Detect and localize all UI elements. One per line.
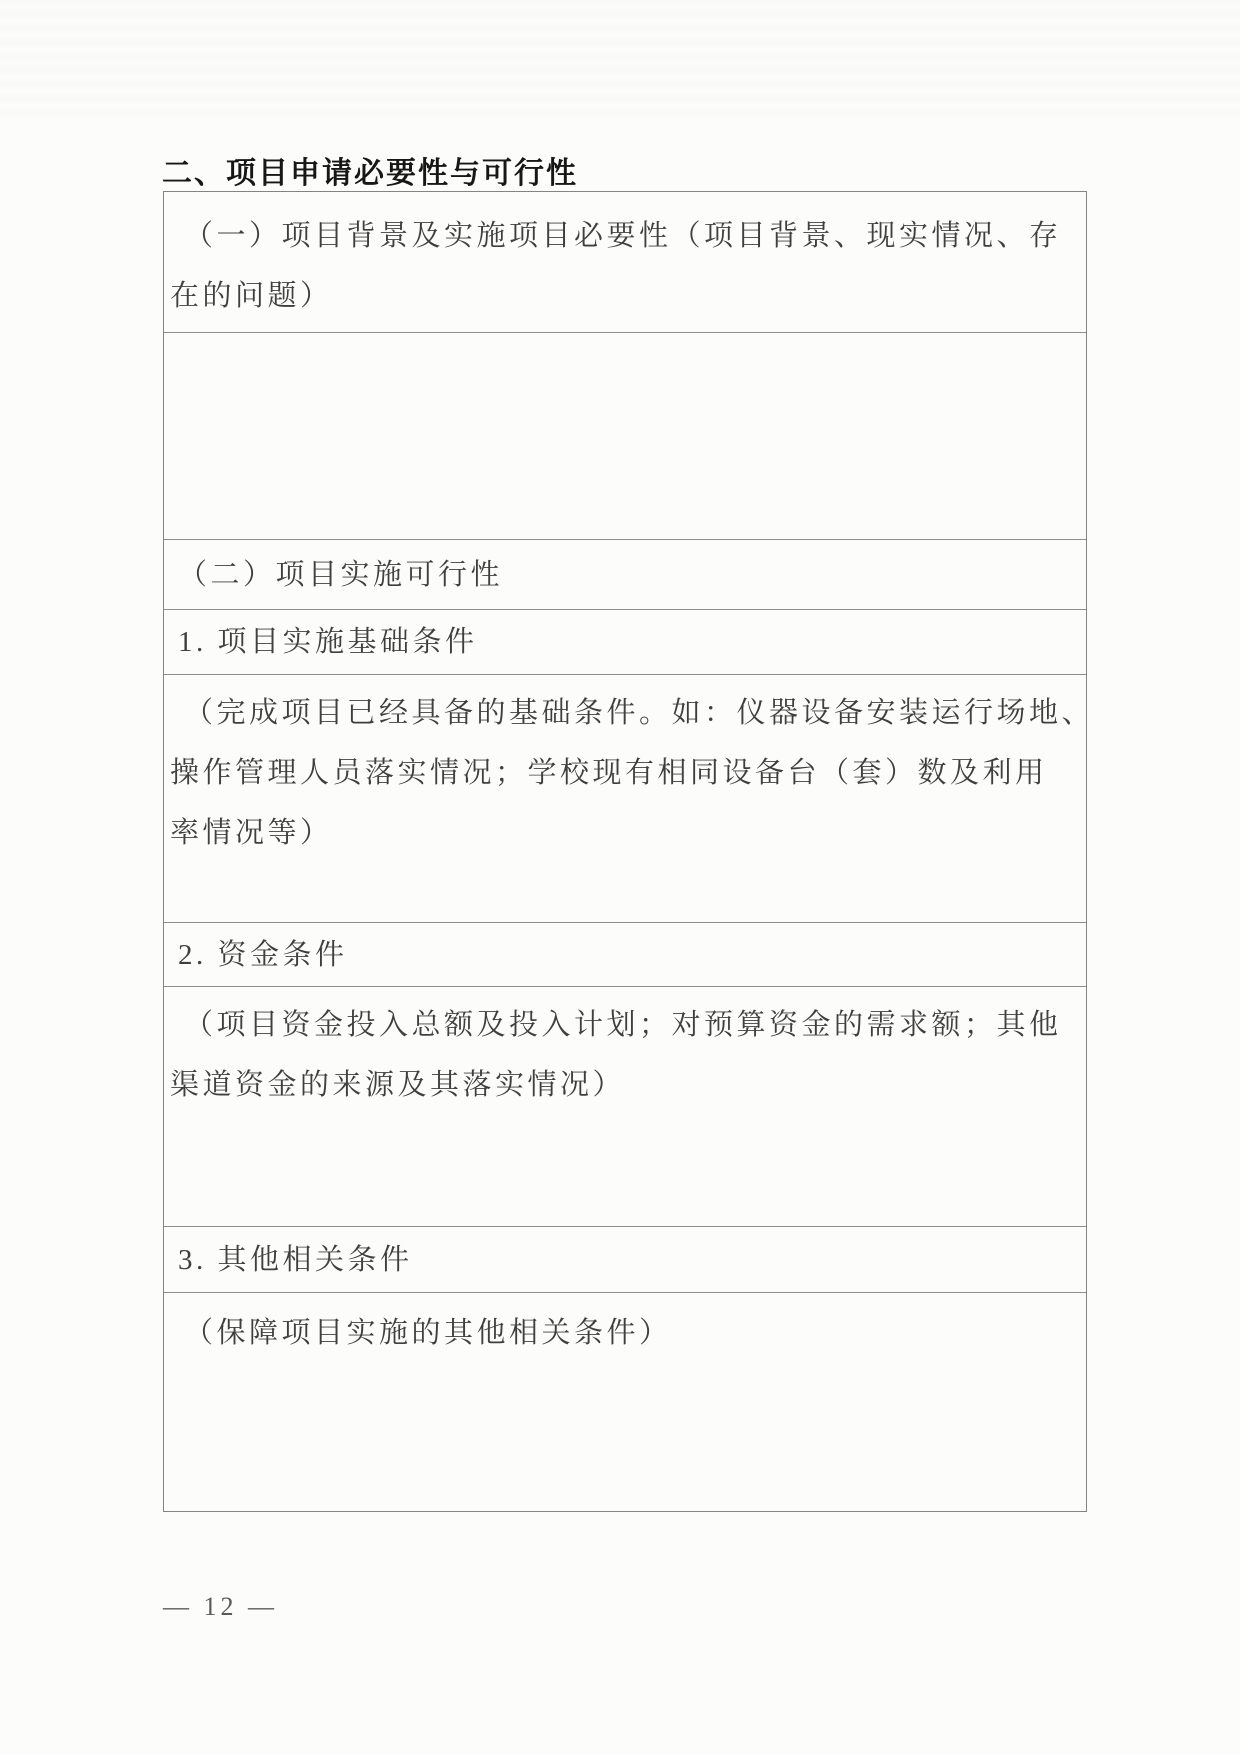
paragraph-line: （一）项目背景及实施项目必要性（项目背景、现实情况、存 xyxy=(164,206,1086,266)
item-label: 3. 其他相关条件 xyxy=(178,1244,413,1276)
table-row-feasibility-section: （二）项目实施可行性 xyxy=(164,540,1086,610)
table-row-other-conditions-hint: （保障项目实施的其他相关条件） xyxy=(164,1293,1086,1511)
document-page: 二、项目申请必要性与可行性 （一）项目背景及实施项目必要性（项目背景、现实情况、… xyxy=(0,0,1240,1755)
table-row-background-necessity: （一）项目背景及实施项目必要性（项目背景、现实情况、存 在的问题） xyxy=(164,192,1086,333)
scan-noise-artifact xyxy=(0,0,1240,120)
table-row-empty-answer-area xyxy=(164,333,1086,540)
paragraph-line: （保障项目实施的其他相关条件） xyxy=(164,1303,1086,1363)
table-row-basic-conditions-hint: （完成项目已经具备的基础条件。如：仪器设备安装运行场地、 操作管理人员落实情况；… xyxy=(164,675,1086,923)
section-label: （二）项目实施可行性 xyxy=(178,559,503,591)
page-number: — 12 — xyxy=(163,1592,278,1622)
table-row-funding-conditions-label: 2. 资金条件 xyxy=(164,923,1086,987)
paragraph-line: （项目资金投入总额及投入计划；对预算资金的需求额；其他 xyxy=(164,995,1086,1055)
paragraph-line: 渠道资金的来源及其落实情况） xyxy=(164,1055,1086,1115)
item-label: 1. 项目实施基础条件 xyxy=(178,626,478,658)
table-row-basic-conditions-label: 1. 项目实施基础条件 xyxy=(164,610,1086,675)
paragraph-line: 率情况等） xyxy=(164,803,1086,863)
item-label: 2. 资金条件 xyxy=(178,939,348,971)
table-row-funding-conditions-hint: （项目资金投入总额及投入计划；对预算资金的需求额；其他 渠道资金的来源及其落实情… xyxy=(164,987,1086,1227)
table-row-other-conditions-label: 3. 其他相关条件 xyxy=(164,1227,1086,1293)
form-table: （一）项目背景及实施项目必要性（项目背景、现实情况、存 在的问题） （二）项目实… xyxy=(163,191,1087,1512)
paragraph-line: 操作管理人员落实情况；学校现有相同设备台（套）数及利用 xyxy=(164,743,1086,803)
paragraph-line: （完成项目已经具备的基础条件。如：仪器设备安装运行场地、 xyxy=(164,683,1086,743)
paragraph-line: 在的问题） xyxy=(164,266,1086,326)
section-heading: 二、项目申请必要性与可行性 xyxy=(162,148,578,192)
